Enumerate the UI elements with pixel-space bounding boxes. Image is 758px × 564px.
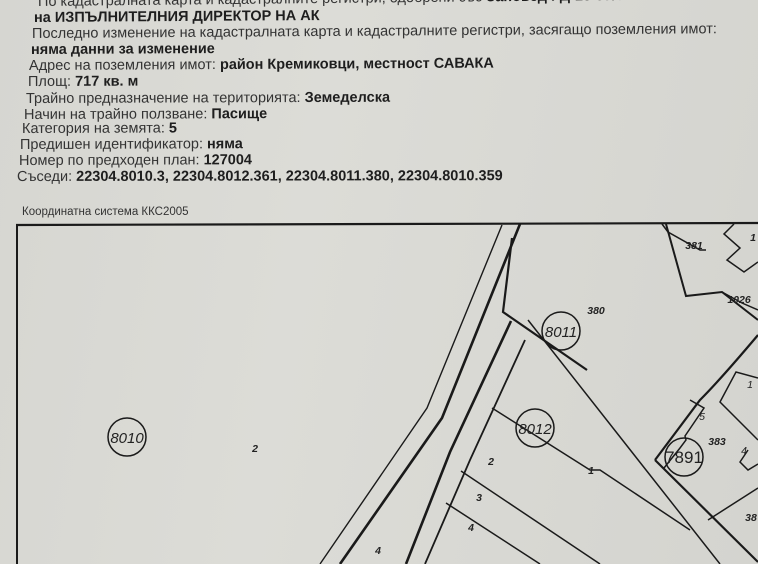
parcel-label: 4 (741, 445, 747, 457)
parcel-label: 381 (685, 240, 703, 252)
parcel-label: 5 (699, 411, 705, 423)
circled-identifiers (108, 312, 703, 476)
circled-labels: 8010 8011 8012 7891 (110, 324, 703, 467)
parcel-label: 3 (476, 492, 482, 504)
cadastral-map: 8010 8011 8012 7891 2 380 381 1 1026 2 3… (0, 0, 758, 564)
parcel-label: 4 (374, 545, 381, 557)
parcel-label: 4 (467, 522, 474, 534)
parcel-label: 1 (588, 465, 594, 477)
parcel-label: 383 (708, 436, 726, 448)
cadastral-sketch-page: По кадастралната карта и кадастралните р… (0, 0, 758, 564)
parcel-label: 38 (745, 512, 757, 524)
label-7891: 7891 (665, 448, 703, 467)
parcel-label: 2 (487, 456, 494, 468)
parcel-lines (446, 224, 758, 564)
parcel-label: 380 (587, 305, 605, 317)
road-lines (320, 224, 587, 564)
parcel-label: 1 (747, 379, 753, 391)
parcel-label: 1 (750, 232, 756, 244)
parcel-label: 2 (251, 443, 258, 455)
map-frame (16, 223, 758, 564)
label-8011: 8011 (545, 324, 577, 341)
label-8012: 8012 (518, 421, 552, 438)
label-8010: 8010 (110, 430, 144, 447)
parcel-label: 1026 (727, 294, 751, 306)
